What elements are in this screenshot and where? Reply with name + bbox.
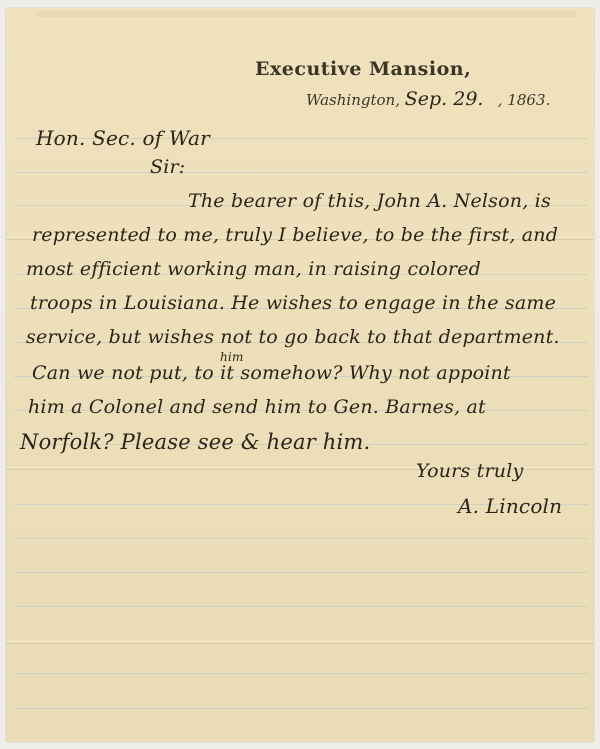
- body-line-3: most efficient working man, in raising c…: [26, 258, 481, 280]
- addressee: Hon. Sec. of War: [36, 126, 210, 150]
- letterhead-title: Executive Mansion,: [255, 58, 471, 80]
- body-line-7: him a Colonel and send him to Gen. Barne…: [28, 396, 486, 418]
- body-line-8: Norfolk? Please see & hear him.: [20, 430, 370, 454]
- fold-crease: [6, 641, 594, 644]
- date-handwritten: Sep. 29.: [405, 88, 484, 110]
- ruled-line: [14, 606, 588, 607]
- ruled-line: [14, 572, 588, 573]
- body-line-2: represented to me, truly I believe, to b…: [32, 224, 558, 246]
- ruled-line: [14, 538, 588, 539]
- valediction: Yours truly: [416, 460, 523, 482]
- place: Washington,: [306, 91, 400, 109]
- body-line-1: The bearer of this, John A. Nelson, is: [188, 190, 551, 212]
- signature: A. Lincoln: [458, 494, 562, 518]
- scanned-page: Executive Mansion, Washington, Sep. 29. …: [0, 0, 600, 749]
- ruled-line: [14, 172, 588, 173]
- body-line-5: service, but wishes not to go back to th…: [26, 326, 560, 348]
- year: , 1863.: [498, 91, 550, 109]
- body-line-4: troops in Louisiana. He wishes to engage…: [30, 292, 556, 314]
- dateline: Washington, Sep. 29. , 1863.: [306, 88, 550, 110]
- paper-edge: [36, 11, 576, 17]
- greeting: Sir:: [150, 156, 185, 178]
- ruled-line: [14, 673, 588, 674]
- ruled-line: [14, 708, 588, 709]
- body-line-6: Can we not put, to it somehow? Why not a…: [32, 362, 511, 384]
